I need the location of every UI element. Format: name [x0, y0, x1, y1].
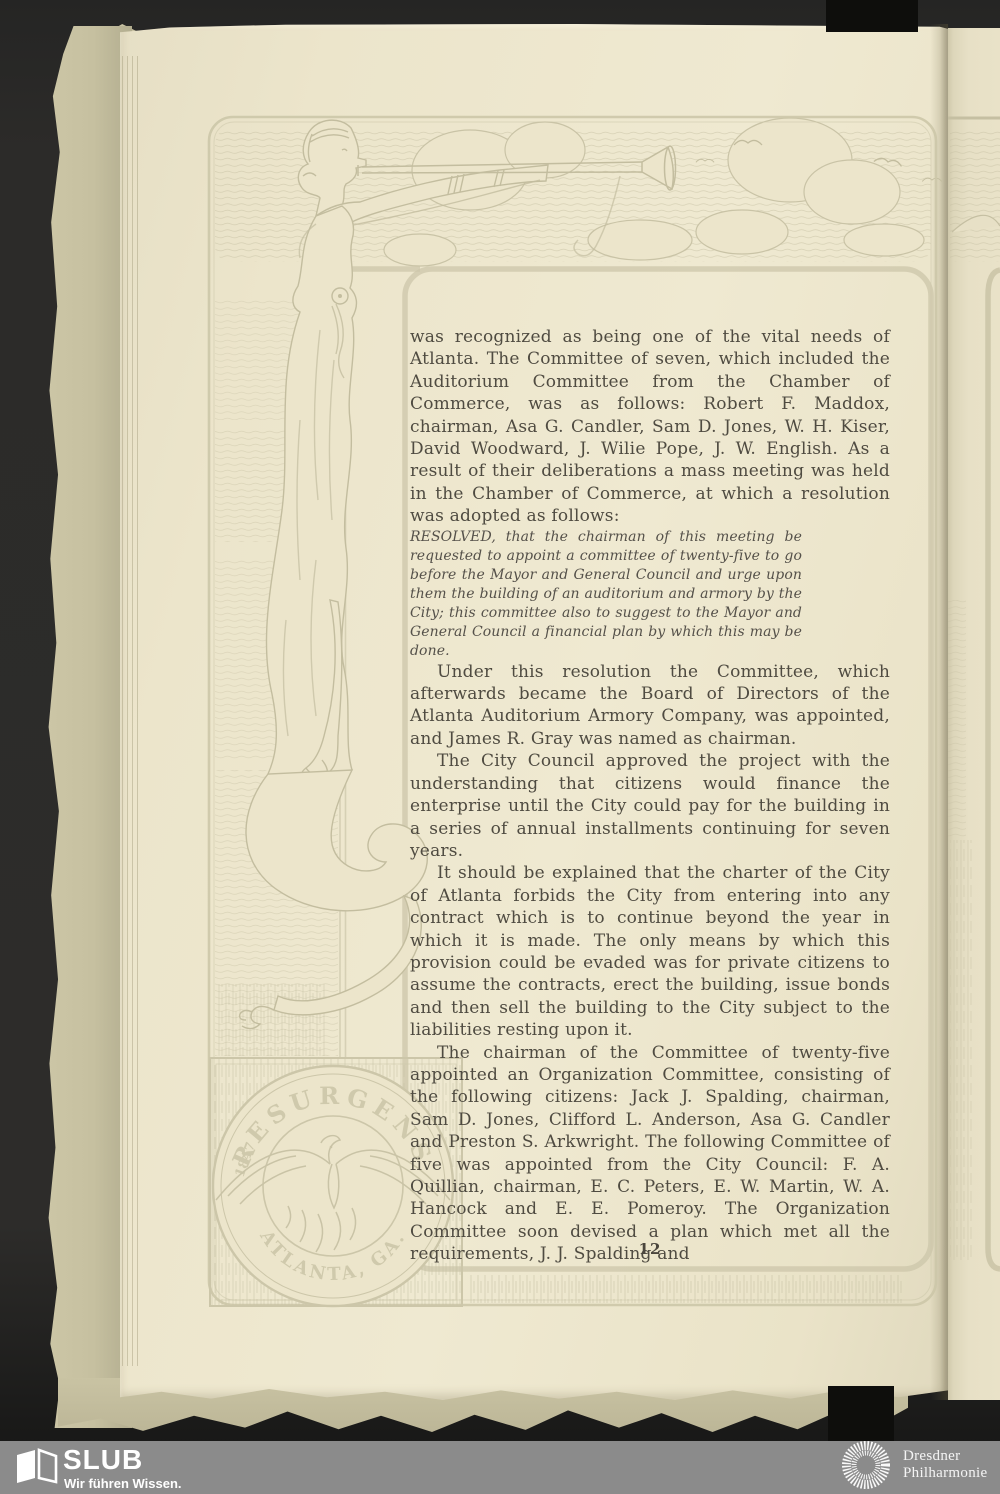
page-number: 12: [410, 1240, 890, 1258]
paragraph: Under this resolution the Committee, whi…: [410, 661, 890, 751]
slub-logo-text: SLUB: [63, 1444, 143, 1476]
partner-line2: Philharmonie: [903, 1465, 987, 1482]
dresdner-philharmonie-logo-text: Dresdner Philharmonie: [903, 1448, 987, 1482]
resolution-block: RESOLVED, that the chairman of this meet…: [410, 528, 802, 661]
paragraph: The City Council approved the project wi…: [410, 750, 890, 862]
paragraph: The chairman of the Committee of twenty-…: [410, 1042, 890, 1266]
page-text-block: was recognized as being one of the vital…: [410, 326, 890, 1266]
paragraph: was recognized as being one of the vital…: [410, 326, 890, 528]
scan-viewport: RESURGENS ATLANTA, GA. 1847: [0, 0, 1000, 1494]
facing-page-border-fragment: [948, 24, 1000, 1400]
partner-line1: Dresdner: [903, 1448, 987, 1465]
paragraph: It should be explained that the charter …: [410, 862, 890, 1041]
slub-tagline: Wir führen Wissen.: [64, 1476, 182, 1491]
dresdner-philharmonie-logo-icon: [841, 1440, 891, 1490]
slub-logo-icon: [14, 1447, 60, 1485]
